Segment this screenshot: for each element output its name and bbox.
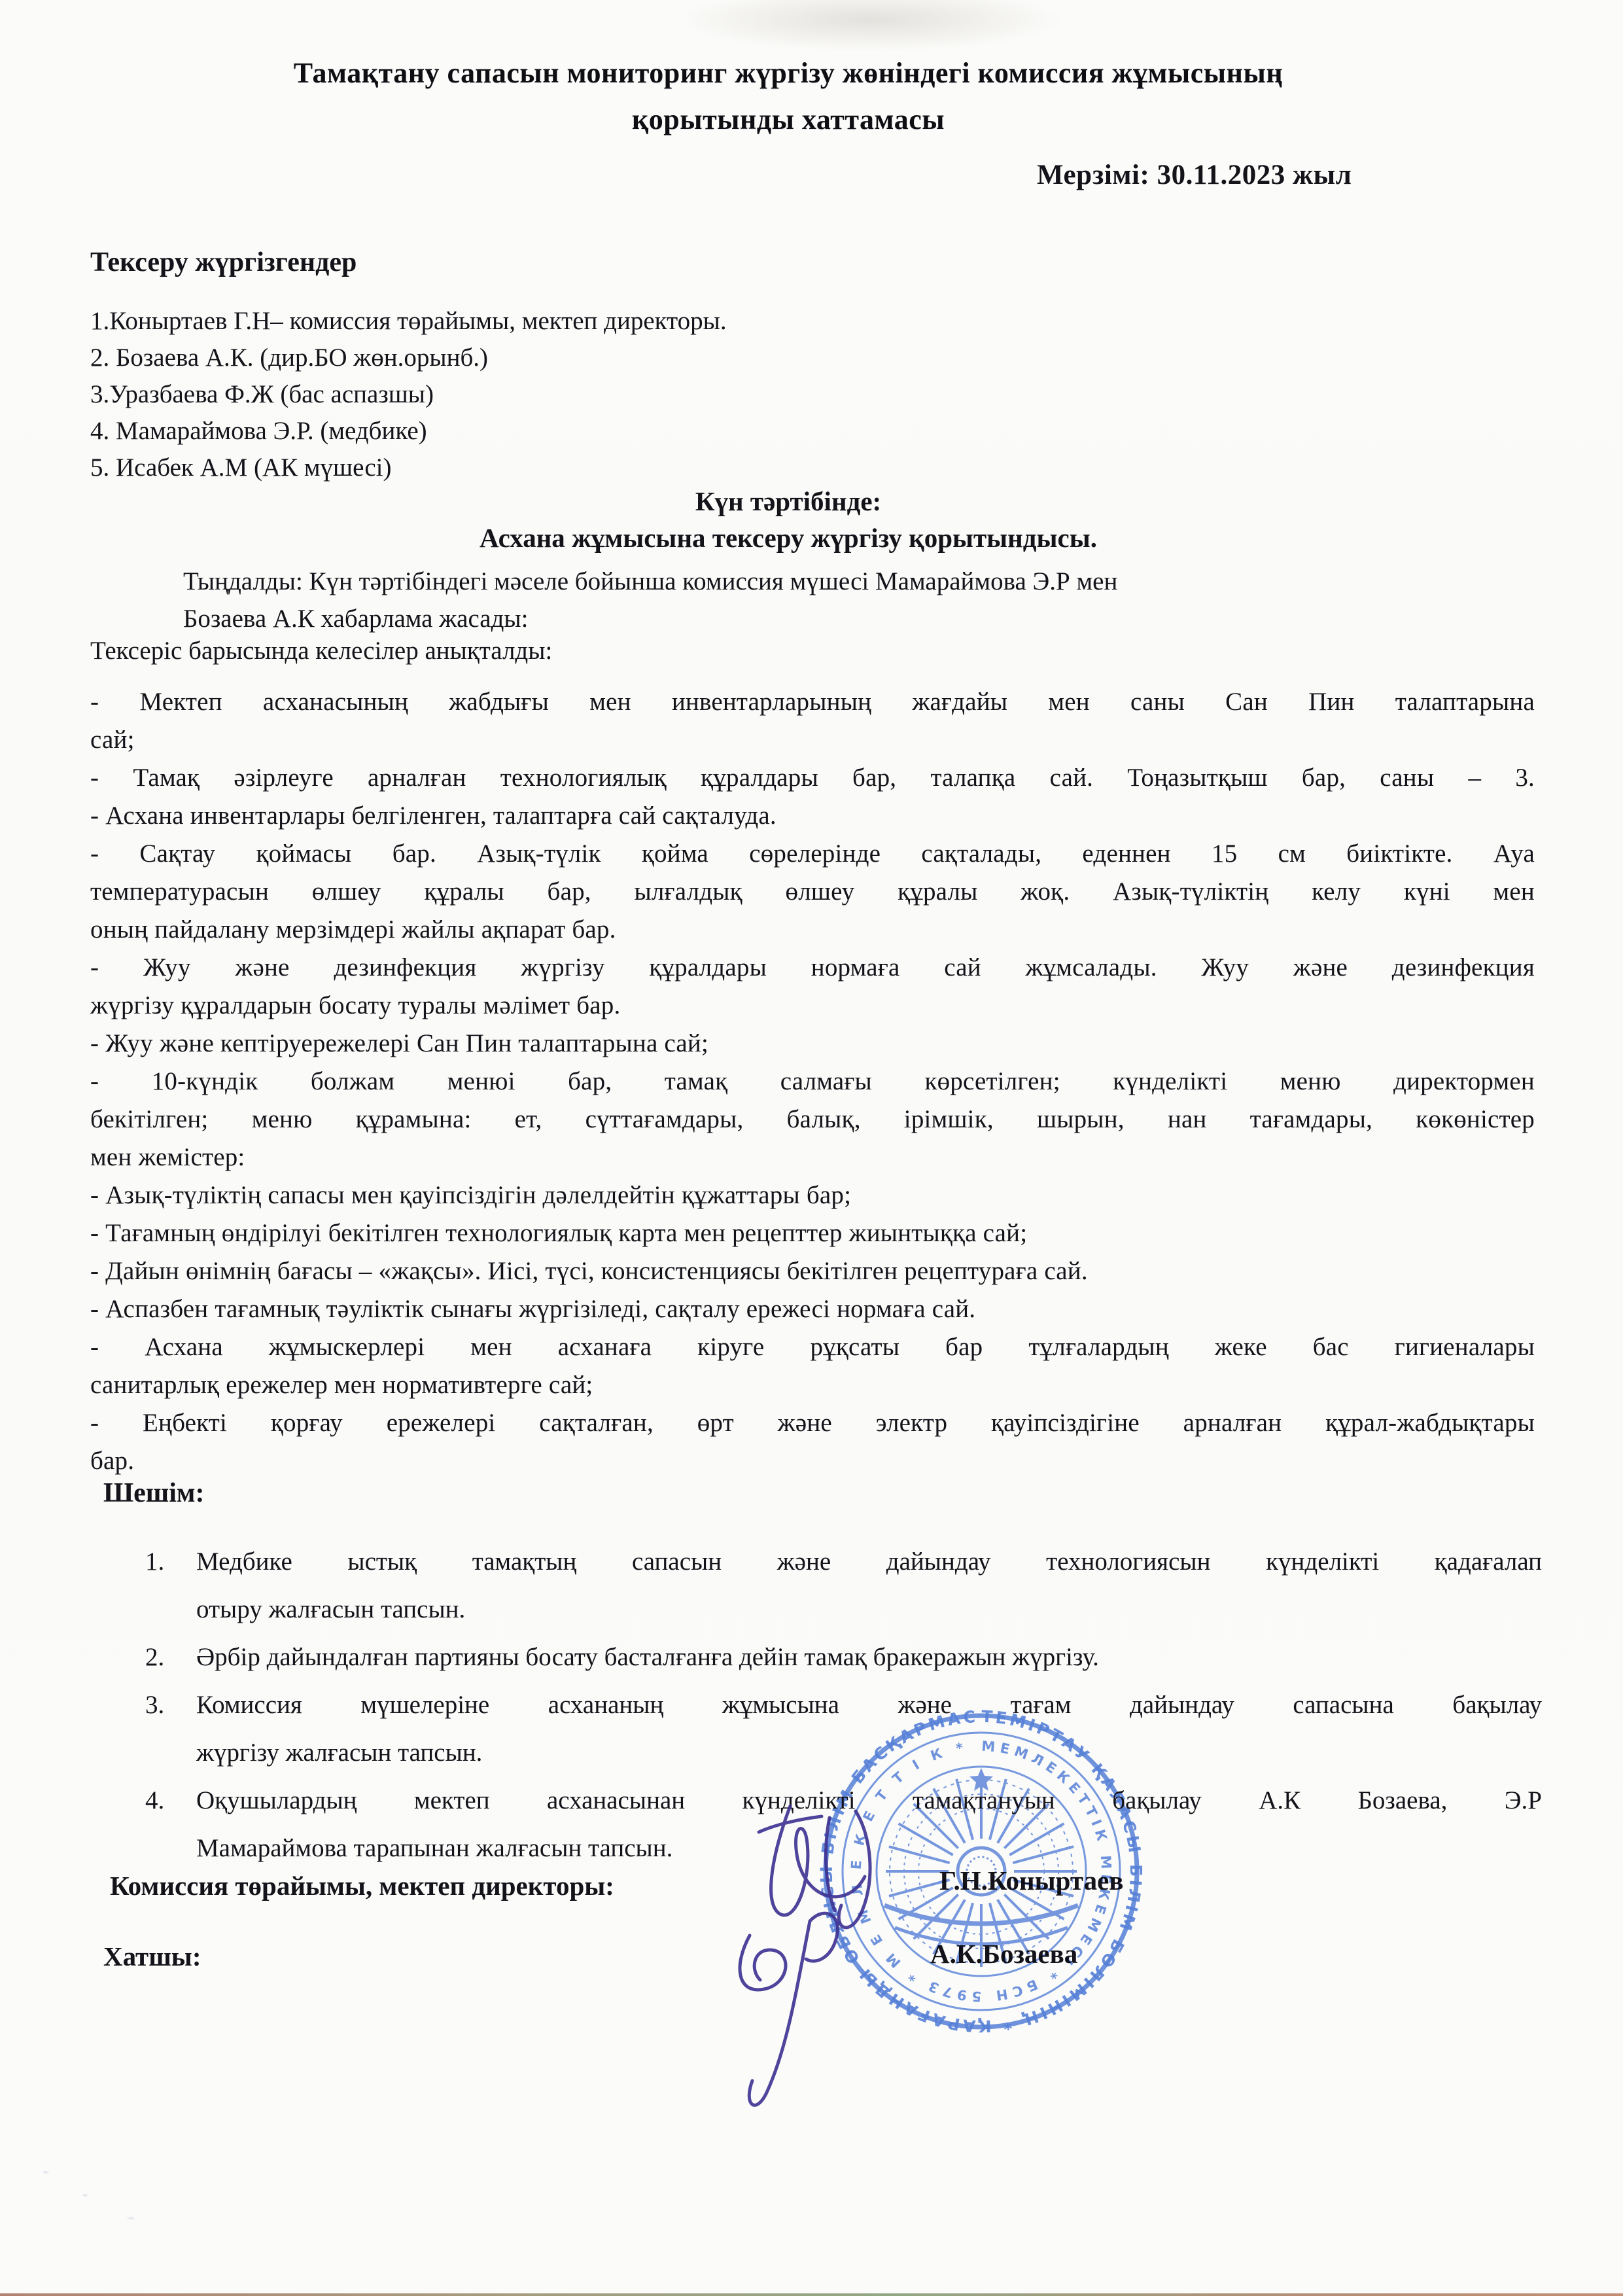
decision-number	[145, 1585, 196, 1633]
decision-text: Оқушылардың мектеп асханасынан күнделікт…	[196, 1776, 1542, 1824]
heard-line1: Тыңдалды: Күн тәртібіндегі мәселе бойынш…	[183, 563, 1537, 600]
document-date: Мерзімі: 30.11.2023 жыл	[1037, 159, 1352, 191]
decision-text: Комиссия мүшелеріне асхананың жұмысына ж…	[196, 1681, 1542, 1729]
chairman-signature-label: Комиссия төрайымы, мектеп директоры:	[110, 1870, 614, 1901]
finding-line: - 10-күндік болжам менюі бар, тамақ салм…	[90, 1063, 1535, 1101]
inspectors-heading: Тексеру жүргізгендер	[90, 247, 357, 278]
decision-text: Мамараймова тарапынан жалғасын тапсын.	[196, 1824, 1542, 1872]
finding-line: - Тамақ әзірлеуге арналған технологиялық…	[90, 759, 1535, 797]
decision-number: 1.	[145, 1538, 196, 1585]
decision-row: жүргізу жалғасын тапсын.	[145, 1729, 1542, 1776]
decision-number: 2.	[145, 1633, 196, 1681]
finding-line: бекітілген; меню құрамына: ет, сүттағамд…	[90, 1101, 1535, 1139]
finding-line: бар.	[90, 1442, 1535, 1480]
scan-edge-line	[0, 2293, 1623, 2296]
finding-line: температурасын өлшеу құралы бар, ылғалды…	[90, 873, 1535, 911]
secretary-signature-label: Хатшы:	[103, 1941, 201, 1972]
finding-line: оның пайдалану мерзімдері жайлы ақпарат …	[90, 911, 1535, 949]
scan-artifact-speck	[26, 2159, 170, 2238]
decision-heading: Шешім:	[103, 1477, 205, 1509]
decision-number: 3.	[145, 1681, 196, 1729]
secretary-name: А.К.Бозаева	[930, 1938, 1077, 1969]
decision-row: отыру жалғасын тапсын.	[145, 1585, 1542, 1633]
heard-paragraph: Тыңдалды: Күн тәртібіндегі мәселе бойынш…	[183, 563, 1537, 637]
scanned-protocol-document: Тамақтану сапасын мониторинг жүргізу жөн…	[0, 0, 1623, 2296]
chairman-name: Г.Н.Коныртаев	[939, 1865, 1123, 1896]
finding-line: - Жуу және кептіруережелері Сан Пин тала…	[90, 1025, 1535, 1063]
decision-number	[145, 1729, 196, 1776]
decision-number: 4.	[145, 1776, 196, 1824]
agenda-heading: Күн тәртібінде:	[0, 486, 1577, 517]
inspector-list-item: 2. Бозаева А.К. (дир.БО жөн.орынб.)	[90, 340, 1536, 376]
finding-line: - Мектеп асханасының жабдығы мен инвента…	[90, 683, 1535, 721]
findings-list: - Мектеп асханасының жабдығы мен инвента…	[90, 683, 1535, 1480]
inspector-list-item: 1.Коныртаев Г.Н– комиссия төрайымы, мект…	[90, 303, 1536, 340]
agenda-subheading: Асхана жұмысына тексеру жүргізу қорытынд…	[0, 522, 1577, 554]
finding-line: - Азық-түліктің сапасы мен қауіпсіздігін…	[90, 1176, 1535, 1214]
document-title-line2: қорытынды хаттамасы	[0, 96, 1577, 143]
findings-intro: Тексеріс барысында келесілер анықталды:	[90, 636, 552, 665]
finding-line: мен жемістер:	[90, 1139, 1535, 1176]
finding-line: - Дайын өнімнің бағасы – «жақсы». Иісі, …	[90, 1252, 1535, 1290]
finding-line: санитарлық ережелер мен нормативтерге са…	[90, 1366, 1535, 1404]
finding-line: - Сақтау қоймасы бар. Азық-түлік қойма с…	[90, 835, 1535, 873]
decision-text: Әрбір дайындалған партияны босату бастал…	[196, 1633, 1542, 1681]
decision-text: Медбике ыстық тамақтың сапасын және дайы…	[196, 1538, 1542, 1585]
inspectors-list: 1.Коныртаев Г.Н– комиссия төрайымы, мект…	[90, 303, 1536, 486]
decisions-list: 1. Медбике ыстық тамақтың сапасын және д…	[145, 1538, 1542, 1872]
inspector-list-item: 5. Исабек А.М (АК мүшесі)	[90, 450, 1536, 486]
decision-row: 1. Медбике ыстық тамақтың сапасын және д…	[145, 1538, 1542, 1585]
decision-row: 3. Комиссия мүшелеріне асхананың жұмысын…	[145, 1681, 1542, 1729]
inspector-list-item: 3.Уразбаева Ф.Ж (бас аспазшы)	[90, 376, 1536, 413]
heard-line2: Бозаева А.К хабарлама жасады:	[183, 600, 1537, 637]
inspector-list-item: 4. Мамараймова Э.Р. (медбике)	[90, 413, 1536, 450]
finding-line: сай;	[90, 721, 1535, 759]
decision-text: отыру жалғасын тапсын.	[196, 1585, 1542, 1633]
decision-row: Мамараймова тарапынан жалғасын тапсын.	[145, 1824, 1542, 1872]
document-title: Тамақтану сапасын мониторинг жүргізу жөн…	[0, 50, 1577, 143]
finding-line: - Еңбекті қорғау ережелері сақталған, өр…	[90, 1404, 1535, 1442]
finding-line: - Асхана жұмыскерлері мен асханаға кіруг…	[90, 1328, 1535, 1366]
finding-line: - Аспазбен тағамнық тәуліктік сынағы жүр…	[90, 1290, 1535, 1328]
finding-line: - Асхана инвентарлары белгіленген, талап…	[90, 797, 1535, 835]
decision-row: 4. Оқушылардың мектеп асханасынан күндел…	[145, 1776, 1542, 1824]
finding-line: жүргізу құралдарын босату туралы мәлімет…	[90, 987, 1535, 1025]
finding-line: - Тағамның өндірілуі бекітілген технолог…	[90, 1214, 1535, 1252]
decision-number	[145, 1824, 196, 1872]
decision-row: 2. Әрбір дайындалған партияны босату бас…	[145, 1633, 1542, 1681]
finding-line: - Жуу және дезинфекция жүргізу құралдары…	[90, 949, 1535, 987]
document-title-line1: Тамақтану сапасын мониторинг жүргізу жөн…	[0, 50, 1577, 96]
decision-text: жүргізу жалғасын тапсын.	[196, 1729, 1542, 1776]
